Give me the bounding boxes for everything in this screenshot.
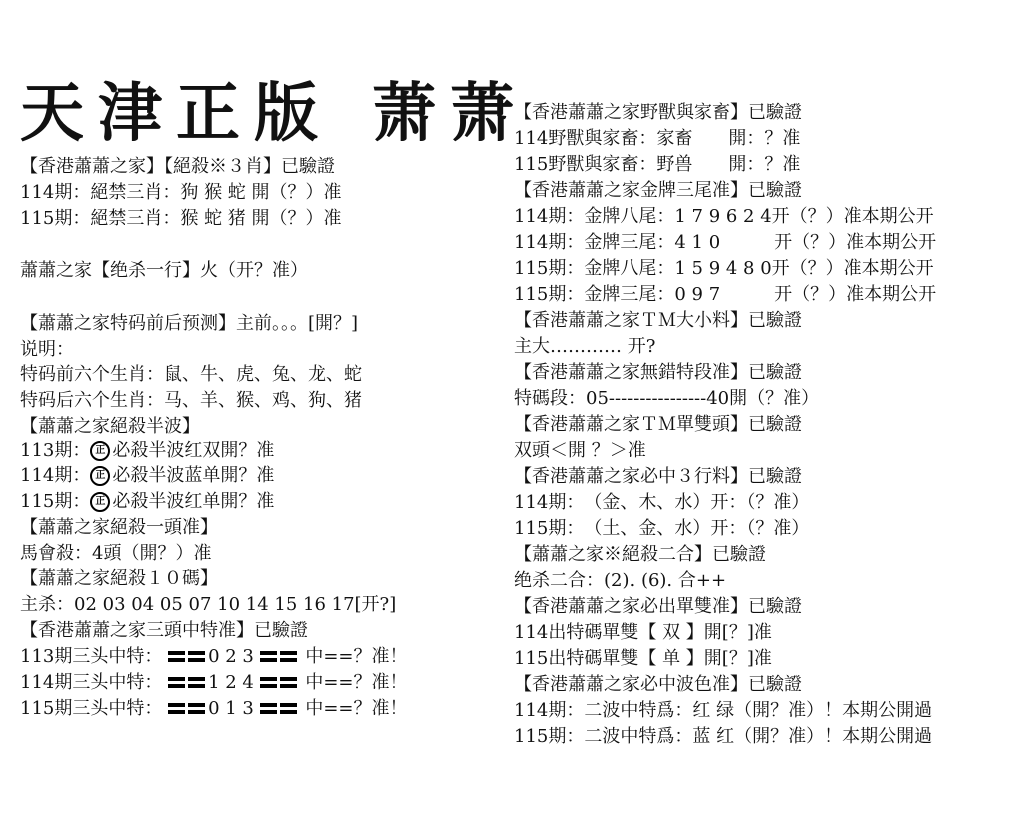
issue-label: 115期三头中特： [20,698,168,719]
text-line: 【蕭蕭之家※絕殺二合】已驗證 [514,544,766,566]
result-text: 中==？准！ [300,646,408,667]
issue-label: 114期： [20,465,90,486]
text-line: 115野獸與家畜：野兽 開：？准 [514,154,800,176]
bar-mark [168,651,185,655]
text-line: 【香港蕭蕭之家ＴＭ大小料】已驗證 [514,310,802,332]
text-line: 双頭＜開 ？＞准 [514,440,646,462]
text-line: 115期： （土、金、水）开：（？准） [514,518,809,540]
bars-icon [168,672,208,694]
text-line: 114期：二波中特爲：红 绿（開？准）！本期公開過 [514,700,932,722]
title-brand: 萧萧 [372,76,528,151]
prediction-text: 必殺半波蓝单開？准 [112,465,274,486]
result-text: 中==？准！ [300,672,408,693]
bar-mark [188,651,205,655]
prediction-text: 必殺半波红双開？准 [112,440,274,461]
text-line: 【蕭蕭之家絕殺一頭准】 [20,517,218,539]
title-main: 天津正版 [20,76,332,151]
text-line: 蕭蕭之家【绝杀一行】火（开？准） [20,260,308,282]
bars-icon [260,672,300,694]
bars-icon [168,698,208,720]
bar-mark [280,651,297,655]
bar-mark [188,677,205,681]
text-line: 【蕭蕭之家絕殺１０碼】 [20,568,218,590]
bar-mark [260,703,277,707]
text-line: 114期： （金、木、水）开：（？准） [514,492,809,514]
text-line: 114期：金牌三尾：4 1 0 开（？）准本期公开 [514,232,936,254]
result-text: 中==？准！ [300,698,408,719]
text-line: 说明： [20,339,74,361]
text-line: 114期：金牌八尾：1 7 9 6 2 4开（？）准本期公开 [514,206,934,228]
head-numbers: 0 1 3 [208,698,254,719]
text-line: 115出特碼單雙【 单 】開[？]准 [514,648,772,670]
three-heads-line: 114期三头中特： 1 2 4 中==？准！ [20,672,408,694]
half-wave-line: 114期：正必殺半波蓝单開？准 [20,465,274,487]
text-line: 主杀：02 03 04 05 07 10 14 15 16 17[开?] [20,594,396,616]
issue-label: 115期： [20,491,90,512]
circled-zheng-icon: 正 [90,466,110,486]
text-line: 【香港蕭蕭之家必中３行料】已驗證 [514,466,802,488]
circled-zheng-icon: 正 [90,492,110,512]
bar-mark [280,703,297,707]
circled-zheng-icon: 正 [90,441,110,461]
bar-mark [260,677,277,681]
bar-mark [168,677,185,681]
text-line: 特碼段：05----------------40開（？准） [514,388,819,410]
three-heads-line: 115期三头中特： 0 1 3 中==？准！ [20,698,408,720]
bar-mark [260,651,277,655]
text-line: 【香港蕭蕭之家ＴＭ單雙頭】已驗證 [514,414,802,436]
bars-icon [260,646,300,668]
issue-label: 113期三头中特： [20,646,168,667]
text-line: 特码前六个生肖：鼠、牛、虎、兔、龙、蛇 [20,364,362,386]
text-line: 主大………… 开? [514,336,655,358]
text-line: 【香港蕭蕭之家】【絕殺※３肖】已驗證 [20,156,335,178]
text-line: 【香港蕭蕭之家三頭中特准】已驗證 [20,620,308,642]
bar-mark [280,677,297,681]
half-wave-line: 115期：正必殺半波红单開？准 [20,491,274,513]
text-line: 114期：絕禁三肖：狗 猴 蛇 開（？）准 [20,182,342,204]
bar-mark [168,703,185,707]
page-title: 天津正版萧萧 [20,62,528,154]
text-line: 【香港蕭蕭之家野獸與家畜】已驗證 [514,102,802,124]
text-line: 【香港蕭蕭之家必中波色准】已驗證 [514,674,802,696]
text-line: 【蕭蕭之家絕殺半波】 [20,416,200,438]
bars-icon [260,698,300,720]
text-line: 【香港蕭蕭之家必出單雙准】已驗證 [514,596,802,618]
text-line: 馬會殺：4頭（開？）准 [20,543,211,565]
text-line: 【蕭蕭之家特码前后预测】主前。。。[開？] [20,313,358,335]
text-line: 绝杀二合：(2). (6). 合++ [514,570,726,592]
bars-icon [168,646,208,668]
three-heads-line: 113期三头中特： 0 2 3 中==？准！ [20,646,408,668]
half-wave-line: 113期：正必殺半波红双開？准 [20,440,274,462]
prediction-text: 必殺半波红单開？准 [112,491,274,512]
issue-label: 114期三头中特： [20,672,168,693]
head-numbers: 1 2 4 [208,672,254,693]
head-numbers: 0 2 3 [208,646,254,667]
text-line: 115期：金牌三尾：0 9 7 开（？）准本期公开 [514,284,936,306]
text-line: 【香港蕭蕭之家金牌三尾准】已驗證 [514,180,802,202]
text-line: 115期：二波中特爲：蓝 红（開？准）！本期公開過 [514,726,932,748]
text-line: 114出特碼單雙【 双 】開[？]准 [514,622,772,644]
text-line: 115期：絕禁三肖：猴 蛇 猪 開（？）准 [20,208,342,230]
text-line: 【香港蕭蕭之家無錯特段准】已驗證 [514,362,802,384]
text-line: 114野獸與家畜：家畜 開：？准 [514,128,800,150]
text-line: 特码后六个生肖：马、羊、猴、鸡、狗、猪 [20,390,362,412]
bar-mark [188,703,205,707]
text-line: 115期：金牌八尾：1 5 9 4 8 0开（？）准本期公开 [514,258,934,280]
issue-label: 113期： [20,440,90,461]
